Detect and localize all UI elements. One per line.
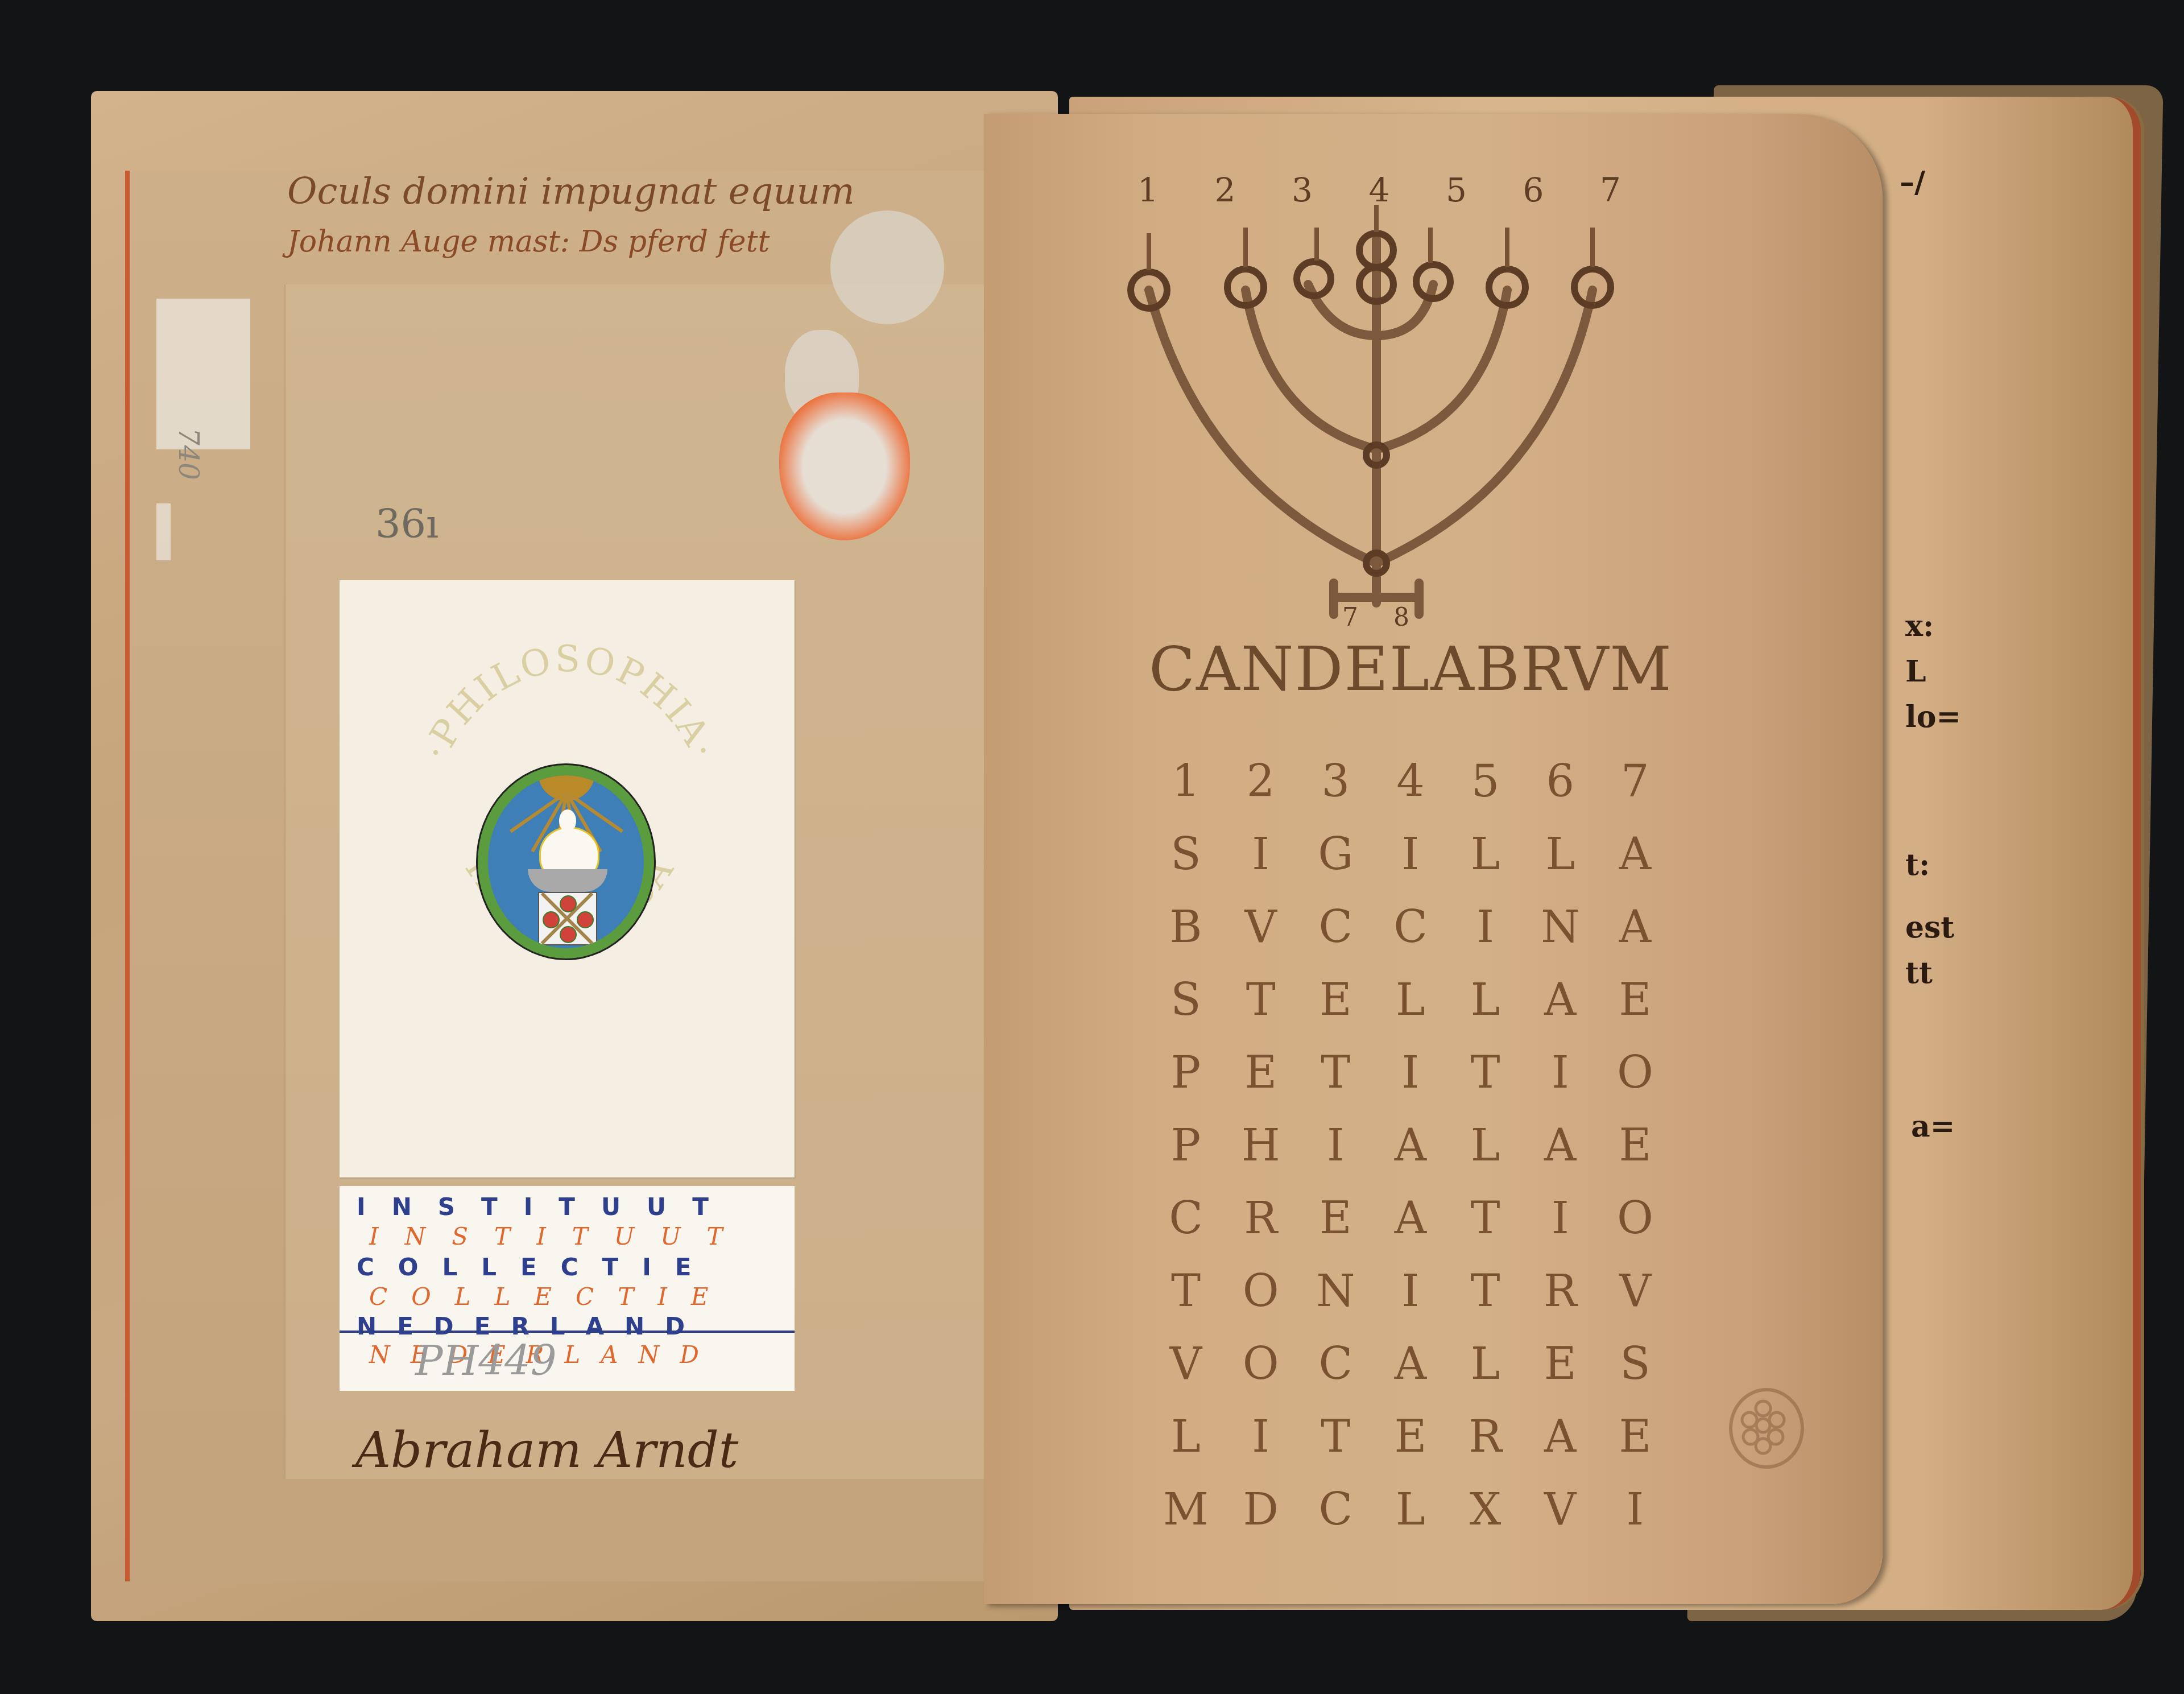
grid-cell: 6	[1529, 756, 1591, 807]
grid-cell: L	[1454, 1338, 1517, 1390]
rosette-glyph	[1732, 1391, 1794, 1459]
rosette-stamp-icon	[1729, 1388, 1804, 1469]
grid-cell: 7	[1604, 756, 1666, 807]
altar-block	[538, 892, 597, 945]
grid-cell: G	[1304, 829, 1367, 880]
grid-cell: A	[1529, 1120, 1591, 1171]
svg-text:·PHILOSOPHIA·: ·PHILOSOPHIA·	[415, 638, 725, 767]
print-fragment: lo=	[1905, 700, 1961, 734]
grid-cell: I	[1230, 829, 1292, 880]
grid-cell: V	[1604, 1266, 1666, 1317]
grid-row: SIGILLA	[1155, 818, 1666, 891]
grid-cell: C	[1304, 1338, 1367, 1390]
grid-cell: L	[1379, 1484, 1442, 1535]
grid-row: BVCCINA	[1155, 891, 1666, 964]
grid-cell: 3	[1304, 756, 1367, 807]
grid-cell: O	[1230, 1266, 1292, 1317]
grid-cell: L	[1529, 829, 1591, 880]
print-fragment: est	[1905, 910, 1954, 945]
print-fragment: L	[1905, 654, 1926, 689]
grid-row: PHIALAE	[1155, 1109, 1666, 1182]
grid-cell: T	[1155, 1266, 1217, 1317]
grid-cell: B	[1155, 902, 1217, 953]
grid-cell: T	[1304, 1411, 1367, 1462]
grid-cell: M	[1155, 1484, 1217, 1535]
grid-cell: T	[1454, 1047, 1517, 1098]
grid-cell: V	[1230, 902, 1292, 953]
inscription-line-1: Oculs domini impugnat equum	[287, 171, 855, 213]
grid-row: LITERAE	[1155, 1400, 1666, 1473]
red-wax-stain	[779, 392, 910, 540]
grid-cell: 2	[1230, 756, 1292, 807]
grid-cell: I	[1379, 829, 1442, 880]
institute-label: INSTITUUT INSTITUUT COLLECTIE COLLECTIE …	[340, 1186, 795, 1391]
grid-cell: L	[1379, 974, 1442, 1026]
grid-cell: L	[1454, 829, 1517, 880]
grid-cell: A	[1379, 1193, 1442, 1244]
grid-cell: 4	[1379, 756, 1442, 807]
grid-cell: E	[1304, 1193, 1367, 1244]
grid-row: MDCLXVI	[1155, 1473, 1666, 1546]
margin-number: 740	[172, 428, 204, 480]
pelican-ouroboros-icon	[478, 765, 654, 958]
grid-cell: A	[1529, 974, 1591, 1026]
grid-row: 1234567	[1155, 745, 1666, 818]
label-word: COLLECTIE	[357, 1253, 715, 1281]
grid-cell: A	[1529, 1411, 1591, 1462]
candelabrum-icon: 7 8	[1115, 165, 1638, 631]
label-word: NEDERLAND	[357, 1312, 705, 1340]
grid-cell: S	[1155, 829, 1217, 880]
label-word: INSTITUUT	[357, 1193, 735, 1221]
grid-cell: P	[1155, 1120, 1217, 1171]
label-row: COLLECTIE	[357, 1253, 777, 1281]
grid-cell: I	[1529, 1047, 1591, 1098]
pencil-shelfmark: PH449	[415, 1337, 557, 1385]
grid-cell: I	[1529, 1193, 1591, 1244]
grid-cell: I	[1230, 1411, 1292, 1462]
label-word: INSTITUUT	[369, 1222, 749, 1250]
grid-cell: L	[1454, 974, 1517, 1026]
print-fragment: t:	[1905, 848, 1930, 882]
pencil-number: 36ı	[375, 501, 439, 547]
grid-cell: 5	[1454, 756, 1517, 807]
grid-cell: C	[1155, 1193, 1217, 1244]
grid-cell: E	[1604, 974, 1666, 1026]
pelican-head	[559, 809, 576, 832]
grid-cell: E	[1304, 974, 1367, 1026]
grid-cell: I	[1304, 1120, 1367, 1171]
grid-cell: T	[1304, 1047, 1367, 1098]
paper-repair-patch	[156, 299, 250, 449]
grid-cell: L	[1155, 1411, 1217, 1462]
stain	[830, 210, 944, 324]
label-rule	[340, 1331, 795, 1333]
grid-cell: R	[1529, 1266, 1591, 1317]
owner-signature: Abraham Arndt	[355, 1422, 738, 1479]
grid-cell: T	[1454, 1266, 1517, 1317]
grid-cell: I	[1604, 1484, 1666, 1535]
grid-cell: E	[1379, 1411, 1442, 1462]
grid-cell: O	[1604, 1193, 1666, 1244]
grid-cell: E	[1230, 1047, 1292, 1098]
grid-cell: C	[1304, 1484, 1367, 1535]
grid-row: CREATIO	[1155, 1182, 1666, 1255]
base-number: 7	[1342, 603, 1358, 631]
grid-cell: H	[1230, 1120, 1292, 1171]
letter-grid: 1234567 SIGILLA BVCCINA STELLAE PETITIO …	[1155, 745, 1666, 1546]
grid-cell: I	[1454, 902, 1517, 953]
grid-cell: E	[1604, 1120, 1666, 1171]
grid-cell: N	[1304, 1266, 1367, 1317]
print-fragment: –/	[1900, 165, 1925, 200]
print-fragment: tt	[1905, 956, 1933, 990]
label-row: INSTITUUT	[369, 1222, 790, 1250]
rose-icon	[577, 911, 594, 928]
grid-cell: A	[1604, 902, 1666, 953]
print-fragment: a=	[1911, 1109, 1955, 1144]
grid-cell: O	[1230, 1338, 1292, 1390]
grid-row: TONITRV	[1155, 1255, 1666, 1328]
grid-cell: C	[1379, 902, 1442, 953]
grid-cell: A	[1379, 1120, 1442, 1171]
grid-cell: E	[1604, 1411, 1666, 1462]
grid-row: VOCALES	[1155, 1328, 1666, 1400]
crescent-moon-icon	[528, 869, 607, 892]
candelabrum-title: CANDELABRVM	[1149, 634, 1673, 704]
grid-cell: D	[1230, 1484, 1292, 1535]
label-row: INSTITUUT	[357, 1193, 777, 1221]
grid-cell: T	[1454, 1193, 1517, 1244]
rose-icon	[560, 895, 577, 912]
grid-cell: I	[1379, 1047, 1442, 1098]
label-word: COLLECTIE	[369, 1283, 732, 1311]
base-number: 8	[1393, 603, 1409, 631]
label-row: NEDERLAND	[357, 1312, 777, 1340]
grid-cell: T	[1230, 974, 1292, 1026]
grid-cell: O	[1604, 1047, 1666, 1098]
grid-cell: I	[1379, 1266, 1442, 1317]
grid-cell: A	[1604, 829, 1666, 880]
grid-cell: N	[1529, 902, 1591, 953]
grid-cell: V	[1529, 1484, 1591, 1535]
grid-cell: E	[1529, 1338, 1591, 1390]
label-row: COLLECTIE	[369, 1283, 790, 1311]
grid-row: PETITIO	[1155, 1036, 1666, 1109]
grid-cell: 1	[1155, 756, 1217, 807]
inscription-line-2: Johann Auge mast: Ds pferd fett	[287, 225, 770, 259]
rose-icon	[543, 911, 560, 928]
grid-cell: X	[1454, 1484, 1517, 1535]
paper-repair-patch	[156, 503, 171, 560]
grid-cell: L	[1454, 1120, 1517, 1171]
grid-cell: S	[1604, 1338, 1666, 1390]
grid-cell: C	[1304, 902, 1367, 953]
grid-row: STELLAE	[1155, 964, 1666, 1036]
grid-cell: R	[1454, 1411, 1517, 1462]
grid-cell: P	[1155, 1047, 1217, 1098]
grid-cell: S	[1155, 974, 1217, 1026]
rose-icon	[560, 926, 577, 943]
grid-cell: A	[1379, 1338, 1442, 1390]
grid-cell: R	[1230, 1193, 1292, 1244]
print-fragment: x:	[1905, 609, 1934, 643]
grid-cell: V	[1155, 1338, 1217, 1390]
